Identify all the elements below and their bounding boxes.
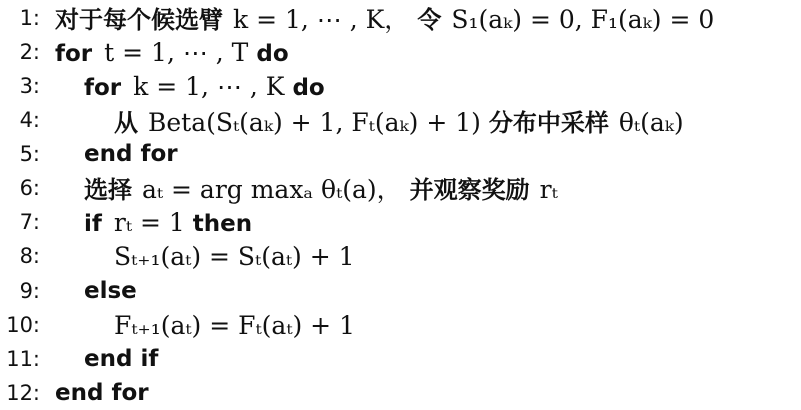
line-number: 2: <box>0 40 40 64</box>
text-chinese: 从 <box>114 103 138 138</box>
math-expression: rₜ = 1 <box>114 208 185 237</box>
keyword: if <box>84 211 102 237</box>
line-number: 3: <box>0 74 40 98</box>
math-expression: k = 1, ⋯ , K， <box>233 0 409 36</box>
math-expression: Sₜ₊₁(aₜ) = Sₜ(aₜ) + 1 <box>114 242 355 271</box>
line-number: 7: <box>0 210 40 234</box>
math-expression: k = 1, ⋯ , K <box>133 72 284 101</box>
line-number: 6: <box>0 176 40 200</box>
math-expression: Fₜ₊₁(aₜ) = Fₜ(aₜ) + 1 <box>114 311 355 340</box>
math-expression: θₜ(aₖ) <box>619 108 684 137</box>
line-number: 5: <box>0 142 40 166</box>
line-number: 4: <box>0 108 40 132</box>
line-number: 9: <box>0 279 40 303</box>
math-expression: t = 1, ⋯ , T <box>104 38 248 67</box>
text-chinese: 选择 <box>84 170 132 205</box>
keyword: do <box>256 41 288 67</box>
keyword: end for <box>84 141 178 167</box>
line-number: 12: <box>0 381 40 405</box>
line-number: 1: <box>0 6 40 30</box>
math-expression: aₜ = arg maxₐ θₜ(a)， <box>142 170 402 206</box>
text-chinese: 对于每个候选臂 <box>55 0 223 35</box>
math-expression: rₜ <box>540 175 558 204</box>
line-number: 11: <box>0 347 40 371</box>
keyword: for <box>55 41 92 67</box>
line-number: 10: <box>0 313 40 337</box>
keyword: then <box>193 211 252 237</box>
math-expression: Beta(Sₜ(aₖ) + 1, Fₜ(aₖ) + 1) <box>148 108 481 137</box>
keyword: for <box>84 75 121 101</box>
text-chinese: 分布中采样 <box>489 103 609 138</box>
text-chinese: 并观察奖励 <box>410 170 530 205</box>
keyword: do <box>292 75 324 101</box>
text-chinese: 令 <box>417 0 441 35</box>
keyword: else <box>84 278 137 304</box>
line-number: 8: <box>0 244 40 268</box>
math-expression: S₁(aₖ) = 0, F₁(aₖ) = 0 <box>451 5 714 34</box>
keyword: end if <box>84 346 158 372</box>
keyword: end for <box>55 380 149 406</box>
